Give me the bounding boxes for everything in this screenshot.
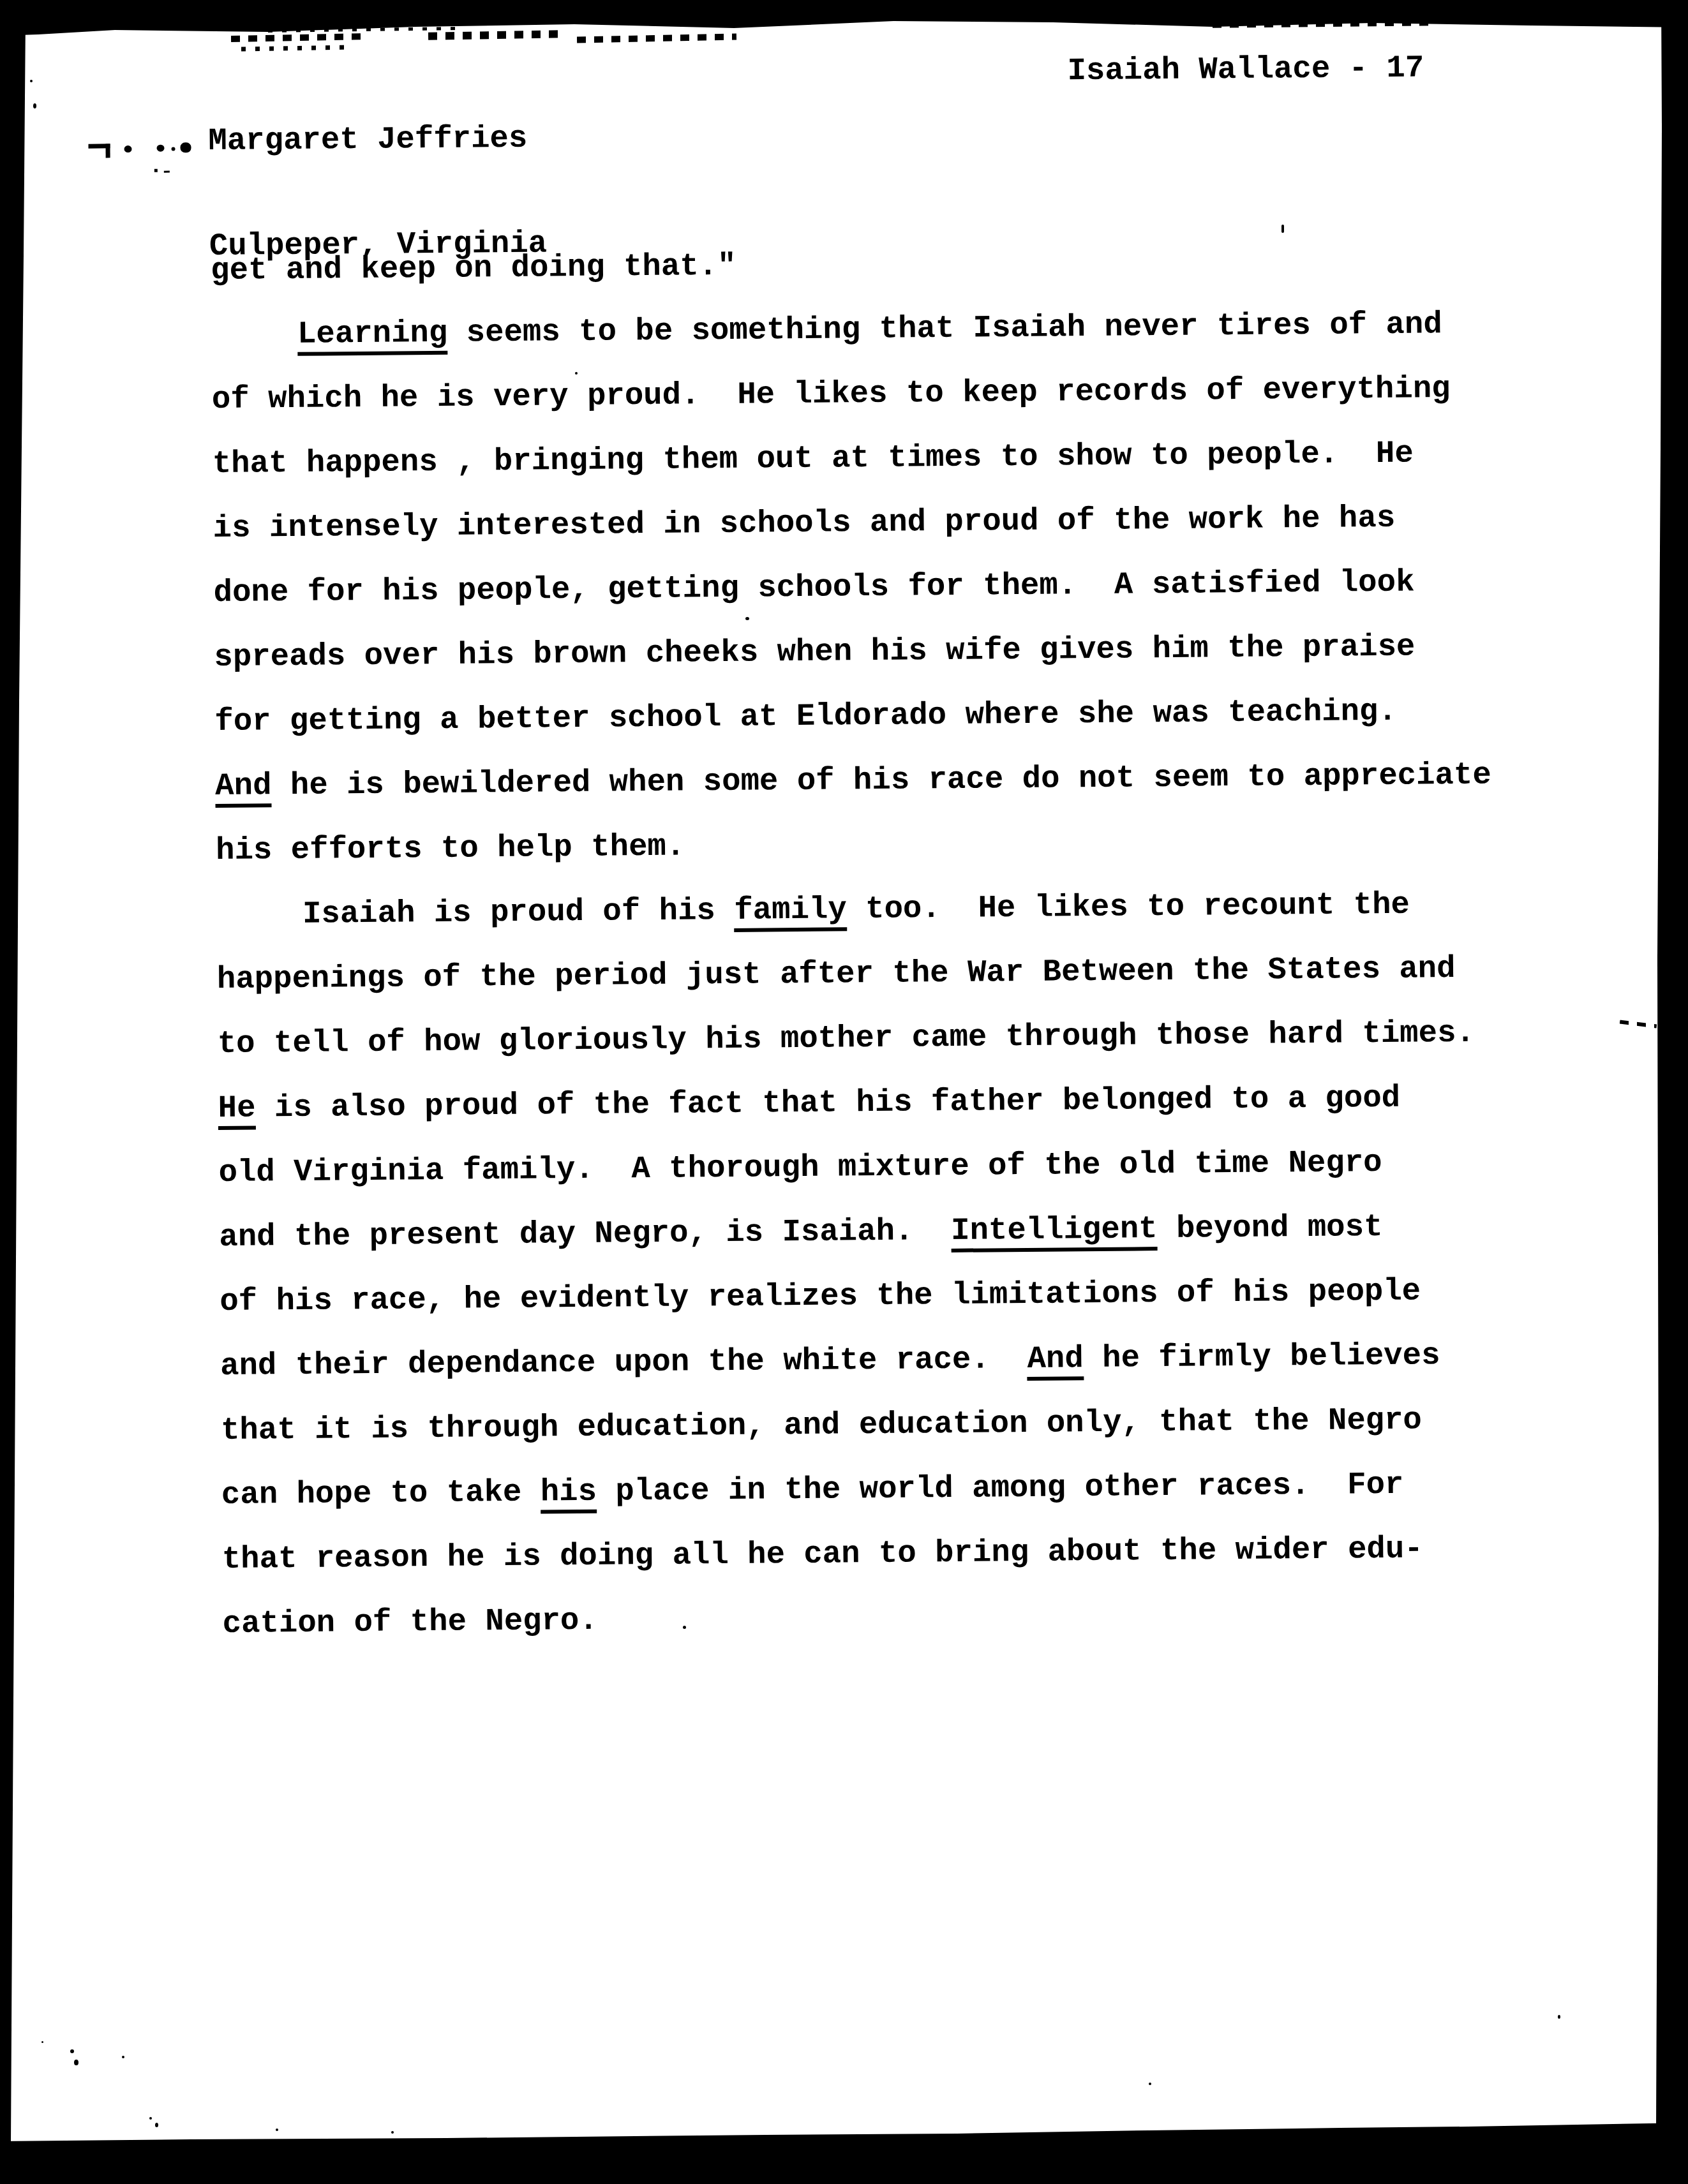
typewritten-line: and their dependance upon the white race…	[220, 1322, 1593, 1399]
ink-tick	[154, 169, 158, 172]
typewritten-line: spreads over his brown cheeks when his w…	[214, 613, 1587, 690]
typewritten-line: And he is bewildered when some of his ra…	[215, 742, 1588, 819]
typewritten-line: of his race, he evidently realizes the l…	[220, 1258, 1592, 1334]
scanned-document-page: Margaret Jeffries Culpeper, Virginia Isa…	[0, 0, 1688, 2184]
ink-speck	[30, 80, 33, 82]
body-text: get and keep on doing that."Learning see…	[211, 227, 1595, 1656]
ink-dot	[172, 147, 176, 151]
ink-speck	[74, 2060, 78, 2065]
typewritten-line: Learning seems to be something that Isai…	[211, 291, 1584, 368]
typewritten-line: cation of the Negro.	[222, 1580, 1595, 1656]
typewritten-content: Margaret Jeffries Culpeper, Virginia Isa…	[0, 0, 1688, 2184]
ink-speck	[122, 2056, 124, 2058]
typewritten-line: is intensely interested in schools and p…	[213, 484, 1585, 561]
typewritten-line: to tell of how gloriously his mother cam…	[217, 1000, 1590, 1076]
typewritten-line: happenings of the period just after the …	[216, 935, 1589, 1012]
ink-speck	[745, 617, 749, 620]
typewritten-line: get and keep on doing that."	[211, 227, 1583, 303]
ink-speck	[1149, 2083, 1151, 2085]
ink-dot	[156, 145, 164, 152]
running-head: Isaiah Wallace - 17	[1067, 50, 1424, 89]
typewritten-line: done for his people, getting schools for…	[213, 549, 1586, 625]
ink-hook-mark	[88, 144, 110, 158]
ink-speck	[575, 372, 578, 375]
typewritten-line: Isaiah is proud of his family too. He li…	[216, 871, 1589, 947]
ink-blob	[180, 142, 191, 152]
typewritten-line: his efforts to help them.	[216, 806, 1588, 883]
typewritten-line: that happens , bringing them out at time…	[212, 420, 1585, 496]
ink-tick	[164, 171, 170, 173]
typewritten-line: can hope to take his place in the world …	[221, 1451, 1594, 1527]
typewritten-line: old Virginia family. A thorough mixture …	[218, 1129, 1591, 1205]
ink-speck	[70, 2049, 74, 2053]
typewritten-line: for getting a better school at Eldorado …	[214, 678, 1587, 754]
ink-speck	[683, 1626, 686, 1629]
ink-speck	[41, 2041, 43, 2043]
ink-speck	[1281, 225, 1284, 233]
ink-speck	[391, 2131, 394, 2134]
typewritten-line: of which he is very proud. He likes to k…	[212, 355, 1585, 432]
author-name: Margaret Jeffries	[208, 121, 546, 159]
ink-speck	[33, 103, 36, 108]
ink-dot	[124, 145, 131, 152]
typewritten-line: and the present day Negro, is Isaiah. In…	[219, 1193, 1592, 1270]
ink-speck	[155, 2123, 158, 2127]
ink-speck	[149, 2117, 152, 2120]
typewritten-line: He is also proud of the fact that his fa…	[218, 1064, 1590, 1141]
ink-speck	[1558, 2015, 1560, 2019]
typewritten-line: that reason he is doing all he can to br…	[221, 1515, 1594, 1592]
ink-speck	[276, 2128, 278, 2131]
typewritten-line: that it is through education, and educat…	[221, 1386, 1594, 1463]
